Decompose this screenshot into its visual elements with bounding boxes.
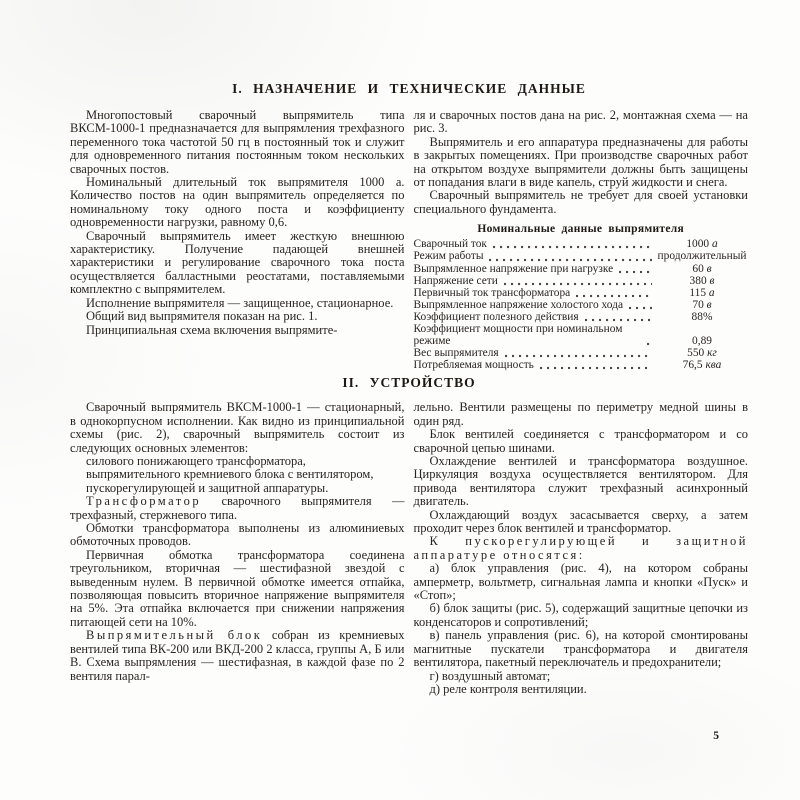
section2-left-column: Сварочный выпрямитель ВКСМ-1000-1 — стац… xyxy=(70,401,405,696)
paragraph: пускорегулирующей и защитной аппаратуры. xyxy=(70,482,405,495)
row-label: Коэффициент мощности при номинальном реж… xyxy=(414,323,641,347)
paragraph: Сварочный выпрямитель ВКСМ-1000-1 — стац… xyxy=(70,401,405,455)
paragraph: Охлаждение вентилей и трансформатора воз… xyxy=(414,455,749,509)
table-row: Выпрямленное напряжение при нагрузке 60 … xyxy=(414,263,749,275)
section1-right-column: ля и сварочных постов дана на рис. 2, мо… xyxy=(414,109,749,371)
paragraph: Сварочный выпрямитель имеет жесткую внеш… xyxy=(70,230,405,297)
dot-leader xyxy=(489,253,652,263)
row-label: Напряжение сети xyxy=(414,275,498,287)
table-row: Режим работы продолжитель­ный xyxy=(414,250,749,262)
dot-leader xyxy=(540,361,652,371)
table-row: Напряжение сети 380 в xyxy=(414,275,749,287)
paragraph: Трансформатор сварочного выпрямителя — т… xyxy=(70,495,405,522)
row-value: 0,89 xyxy=(656,335,748,347)
paragraph: Выпрямитель и его аппаратура предназначе… xyxy=(414,136,749,190)
paragraph: выпрямительного кремниевого блока с вент… xyxy=(70,468,405,481)
paragraph: а) блок управления (рис. 4), на котором … xyxy=(414,562,749,602)
dot-leader xyxy=(576,289,652,299)
paragraph: в) панель управления (рис. 6), на которо… xyxy=(414,629,749,669)
row-label: Сварочный ток xyxy=(414,238,487,250)
paragraph: Первичная обмотка трансформатора соедине… xyxy=(70,549,405,629)
dot-leader xyxy=(505,349,652,359)
dot-leader xyxy=(504,277,652,287)
table-row: Коэффициент полезного действия 88% xyxy=(414,311,749,323)
row-label: Выпрямленное напряжение при нагрузке xyxy=(414,263,614,275)
row-label: Выпрямленное напряжение холостого хода xyxy=(414,299,624,311)
paragraph: Номинальный длительный ток выпрямителя 1… xyxy=(70,176,405,230)
table-row: Потребляемая мощность 76,5 ква xyxy=(414,359,749,371)
paragraph: б) блок защиты (рис. 5), содержащий защи… xyxy=(414,602,749,629)
paragraph: г) воздушный автомат; xyxy=(414,670,749,683)
paragraph: ля и сварочных постов дана на рис. 2, мо… xyxy=(414,109,749,136)
section1-heading: I. НАЗНАЧЕНИЕ И ТЕХНИЧЕСКИЕ ДАННЫЕ xyxy=(70,82,748,96)
row-label: Первичный ток трансформатора xyxy=(414,287,571,299)
row-value: 550 кг xyxy=(656,347,748,359)
paragraph: Блок вентилей соединяется с трансформато… xyxy=(414,428,749,455)
row-value: 70 в xyxy=(656,299,748,311)
paragraph: Обмотки трансформатора выполнены из алюм… xyxy=(70,522,405,549)
section2-columns: Сварочный выпрямитель ВКСМ-1000-1 — стац… xyxy=(70,401,748,696)
paragraph: Принципиальная схема включения выпрямите… xyxy=(70,324,405,337)
row-label: Вес выпрямителя xyxy=(414,347,499,359)
paragraph: Многопостовый сварочный выпрямитель типа… xyxy=(70,109,405,176)
table-row: Первичный ток трансформатора 115 а xyxy=(414,287,749,299)
paragraph: силового понижающего трансформатора, xyxy=(70,455,405,468)
table-row: Выпрямленное напряжение холостого хода 7… xyxy=(414,299,749,311)
paragraph: лельно. Вентили размещены по периметру м… xyxy=(414,401,749,428)
row-value: продолжитель­ный xyxy=(656,250,748,262)
ratings-table: Номинальные данные выпрямителя Сварочный… xyxy=(414,223,749,371)
paragraph: д) реле контроля вентиляции. xyxy=(414,683,749,696)
paragraph: Сварочный выпрямитель не требует для сво… xyxy=(414,189,749,216)
paragraph: Выпрямительный блок собран из кремниевых… xyxy=(70,629,405,683)
row-value: 88% xyxy=(656,311,748,323)
section1-left-column: Многопостовый сварочный выпрямитель типа… xyxy=(70,109,405,371)
row-value: 115 а xyxy=(656,287,748,299)
dot-leader xyxy=(619,265,652,275)
dot-leader xyxy=(647,337,652,347)
row-label: Потребляемая мощность xyxy=(414,359,534,371)
dot-leader xyxy=(493,240,652,250)
table-row: Сварочный ток 1000 а xyxy=(414,238,749,250)
paragraph: Исполнение выпрямителя — защищенное, ста… xyxy=(70,297,405,310)
dot-leader xyxy=(629,301,652,311)
document-page: I. НАЗНАЧЕНИЕ И ТЕХНИЧЕСКИЕ ДАННЫЕ Много… xyxy=(70,0,748,696)
table-title: Номинальные данные выпрямителя xyxy=(414,223,749,235)
paragraph: Охлаждающий воздух засасывается сверху, … xyxy=(414,509,749,536)
row-value: 1000 а xyxy=(656,238,748,250)
row-value: 380 в xyxy=(656,275,748,287)
page-number: 5 xyxy=(713,730,719,742)
paragraph: Общий вид выпрямителя показан на рис. 1. xyxy=(70,310,405,323)
table-row: Коэффициент мощности при номинальном реж… xyxy=(414,323,749,347)
row-value: 60 в xyxy=(656,263,748,275)
section1-columns: Многопостовый сварочный выпрямитель типа… xyxy=(70,109,748,371)
table-row: Вес выпрямителя 550 кг xyxy=(414,347,749,359)
row-value: 76,5 ква xyxy=(656,359,748,371)
dot-leader xyxy=(585,313,652,323)
row-label: Режим работы xyxy=(414,250,484,262)
section2-heading: II. УСТРОЙСТВО xyxy=(70,376,748,390)
row-label: Коэффициент полезного действия xyxy=(414,311,579,323)
section2-right-column: лельно. Вентили размещены по периметру м… xyxy=(414,401,749,696)
paragraph: К пускорегулирующей и защитной аппаратур… xyxy=(414,535,749,562)
